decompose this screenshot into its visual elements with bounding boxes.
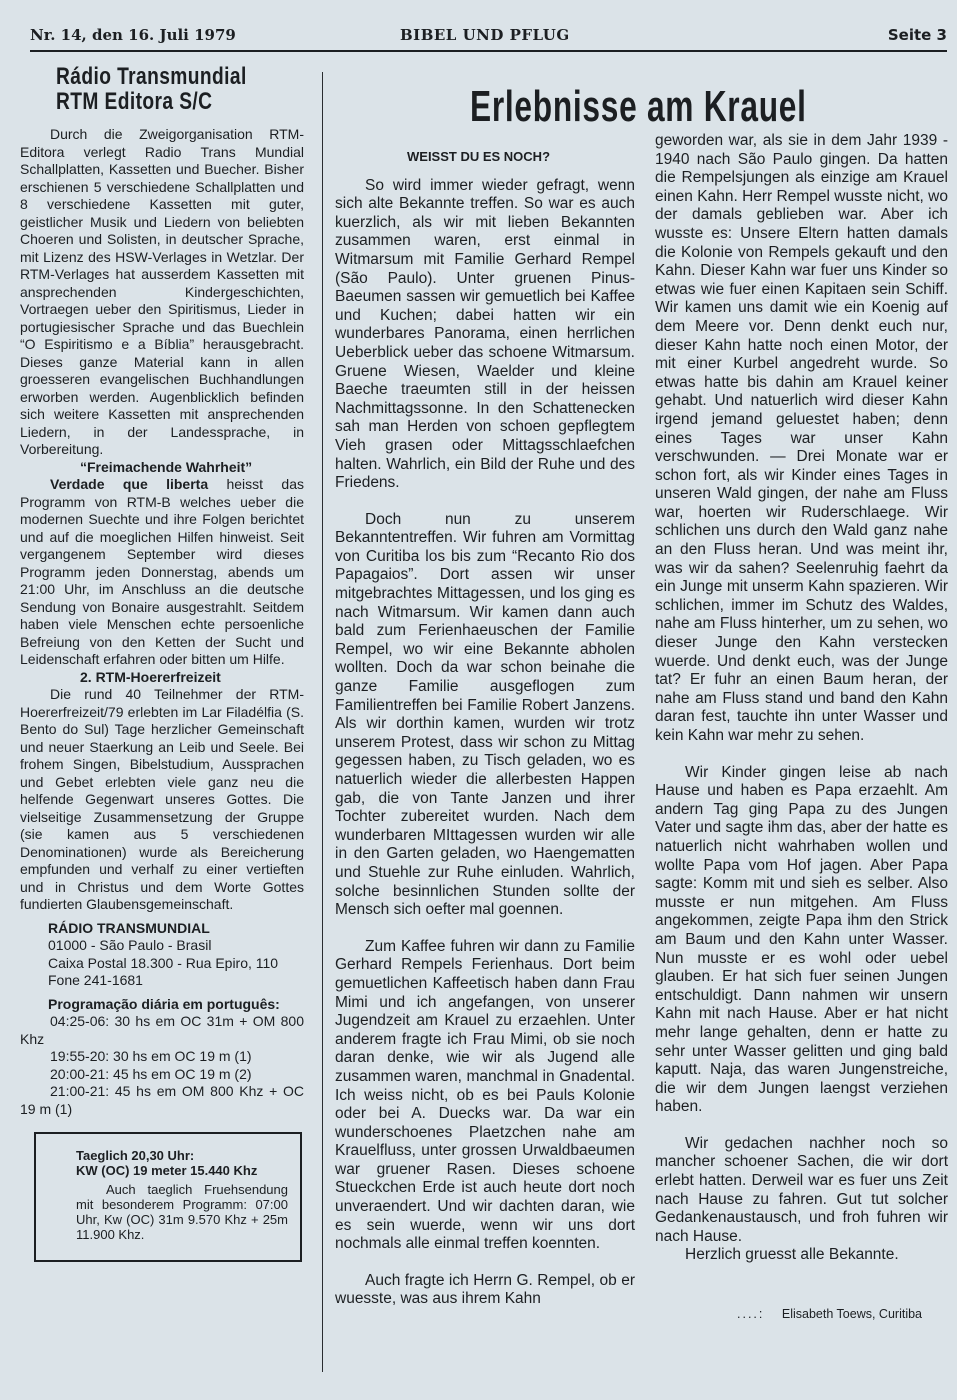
box-line2: KW (OC) 19 meter 15.440 Khz: [76, 1163, 288, 1178]
article-subhead: WEISST DU ES NOCH?: [407, 148, 635, 167]
section-body: heisst das Programm von RTM-B welches ue…: [20, 476, 304, 667]
broadcast-box: Taeglich 20,30 Uhr: KW (OC) 19 meter 15.…: [34, 1132, 302, 1262]
article-column-middle: WEISST DU ES NOCH? So wird immer wieder …: [335, 144, 635, 1309]
article-paragraph: Wir Kinder gingen leise ab nach Hause un…: [655, 764, 948, 1117]
address-line1: 01000 - São Paulo - Brasil: [48, 937, 304, 955]
article-column-right: geworden war, als sie in dem Jahr 1939 -…: [655, 132, 948, 1324]
masthead-rule: [30, 50, 947, 52]
rtm-title-line2: RTM Editora S/C: [56, 89, 254, 114]
masthead: Nr. 14, den 16. Juli 1979 BIBEL UND PFLU…: [30, 24, 947, 52]
article-signature: ....: Elisabeth Toews, Curitiba: [655, 1305, 948, 1324]
rtm-intro: Durch die Zweigorganisation RTM-Editora …: [20, 126, 304, 459]
article-paragraph: Doch nun zu unserem Bekanntentreffen. Wi…: [335, 511, 635, 920]
box-text: Auch taeglich Fruehsendung mit besondere…: [76, 1182, 288, 1242]
signature-dots: ....:: [737, 1307, 764, 1321]
article-paragraph: Auch fragte ich Herrn G. Rempel, ob er w…: [335, 1272, 635, 1309]
rtm-title-line1: Rádio Transmundial: [56, 64, 254, 89]
article-paragraph: Zum Kaffee fuhren wir dann zu Familie Ge…: [335, 938, 635, 1254]
section-head-freimachende: “Freimachende Wahrheit”: [20, 459, 304, 477]
schedule-head: Programação diária em português:: [48, 996, 304, 1014]
section-head-hoererfreizeit: 2. RTM-Hoererfreizeit: [20, 669, 304, 687]
address-line2: Caixa Postal 18.300 - Rua Epiro, 110: [48, 955, 304, 973]
column-divider: [322, 72, 323, 1372]
page-number: Seite 3: [888, 26, 947, 44]
address-name: RÁDIO TRANSMUNDIAL: [48, 920, 304, 938]
signature-name: Elisabeth Toews, Curitiba: [782, 1307, 922, 1321]
address-line3: Fone 241-1681: [48, 972, 304, 990]
schedule-line: 04:25-06: 30 hs em OC 31m + OM 800 Khz: [20, 1013, 304, 1048]
article-title: Erlebnisse am Krauel: [470, 82, 807, 132]
schedule-line: 19:55-20: 30 hs em OC 19 m (1): [20, 1048, 304, 1066]
box-line1: Taeglich 20,30 Uhr:: [76, 1148, 288, 1163]
rtm-title: Rádio Transmundial RTM Editora S/C: [56, 64, 254, 114]
article-paragraph: Wir gedachen nachher noch so mancher sch…: [655, 1135, 948, 1247]
rtm-column: Rádio Transmundial RTM Editora S/C Durch…: [20, 62, 304, 1262]
article-closing: Herzlich gruesst alle Bekannte.: [655, 1246, 948, 1265]
article-paragraph: So wird immer wieder gefragt, wenn sich …: [335, 177, 635, 493]
section-text-freimachende: Verdade que liberta heisst das Programm …: [20, 476, 304, 669]
address-block: RÁDIO TRANSMUNDIAL 01000 - São Paulo - B…: [48, 920, 304, 990]
section-text-hoererfreizeit: Die rund 40 Teilnehmer der RTM-Hoererfre…: [20, 686, 304, 914]
schedule-line: 20:00-21: 45 hs em OC 19 m (2): [20, 1066, 304, 1084]
article-paragraph: geworden war, als sie in dem Jahr 1939 -…: [655, 132, 948, 746]
publication-name: BIBEL UND PFLUG: [400, 26, 570, 44]
issue-date: Nr. 14, den 16. Juli 1979: [30, 26, 236, 44]
section-lead: Verdade que liberta: [50, 476, 208, 492]
schedule-line: 21:00-21: 45 hs em OM 800 Khz + OC 19 m …: [20, 1083, 304, 1118]
